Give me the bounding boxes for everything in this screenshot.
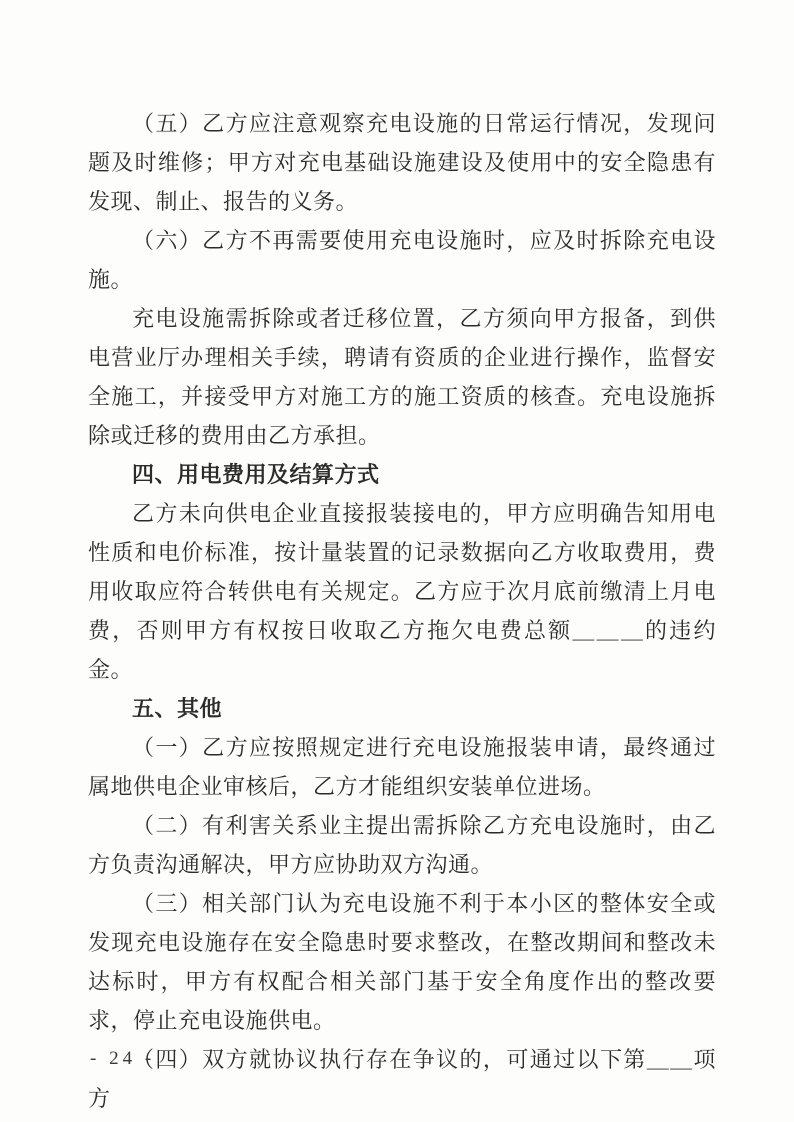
section-heading-other: 五、其他 bbox=[88, 689, 716, 728]
paragraph-dismantle-procedure: 充电设施需拆除或者迁移位置，乙方须向甲方报备，到供电营业厅办理相关手续，聘请有资… bbox=[88, 299, 716, 455]
section-heading-fees: 四、用电费用及结算方式 bbox=[88, 455, 716, 494]
paragraph-fee-settlement: 乙方未向供电企业直接报装接电的，甲方应明确告知用电性质和电价标准，按计量装置的记… bbox=[88, 494, 716, 689]
paragraph-other-clause-3: （三）相关部门认为充电设施不利于本小区的整体安全或发现充电设施存在安全隐患时要求… bbox=[88, 884, 716, 1040]
document-page: （五）乙方应注意观察充电设施的日常运行情况，发现问题及时维修；甲方对充电基础设施… bbox=[0, 0, 794, 1122]
page-number: - 24 - bbox=[90, 1048, 155, 1070]
paragraph-clause-5: （五）乙方应注意观察充电设施的日常运行情况，发现问题及时维修；甲方对充电基础设施… bbox=[88, 104, 716, 221]
paragraph-clause-6: （六）乙方不再需要使用充电设施时，应及时拆除充电设施。 bbox=[88, 221, 716, 299]
paragraph-other-clause-4: （四）双方就协议执行存在争议的，可通过以下第＿＿项方 bbox=[88, 1040, 716, 1118]
paragraph-other-clause-1: （一）乙方应按照规定进行充电设施报装申请，最终通过属地供电企业审核后，乙方才能组… bbox=[88, 728, 716, 806]
paragraph-other-clause-2: （二）有利害关系业主提出需拆除乙方充电设施时，由乙方负责沟通解决，甲方应协助双方… bbox=[88, 806, 716, 884]
document-content: （五）乙方应注意观察充电设施的日常运行情况，发现问题及时维修；甲方对充电基础设施… bbox=[88, 104, 716, 1118]
